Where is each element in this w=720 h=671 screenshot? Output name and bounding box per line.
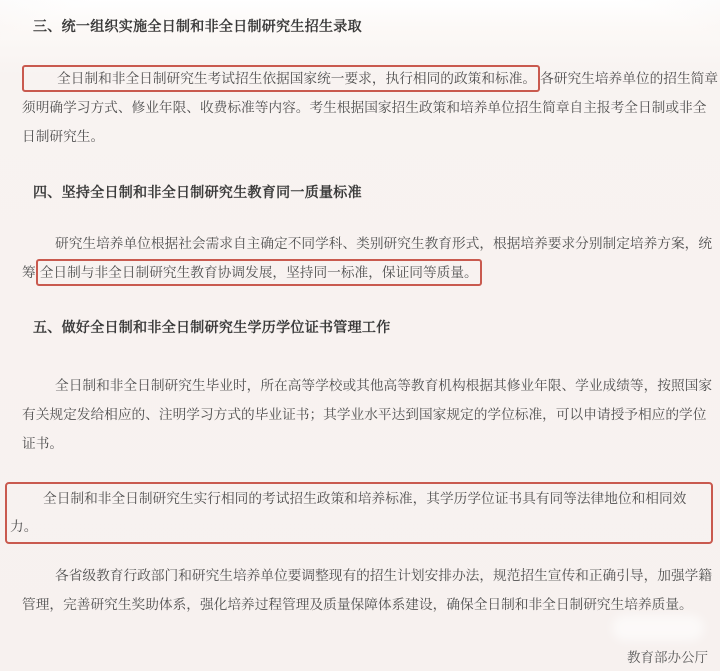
section-heading-4: 四、坚持全日制和非全日制研究生教育同一质量标准	[33, 182, 720, 202]
section-4-paragraph: 研究生培养单位根据社会需求自主确定不同学科、类别研究生教育形式，根据培养要求分别…	[22, 229, 720, 287]
document-page: 三、统一组织实施全日制和非全日制研究生招生录取 全日制和非全日制研究生考试招生依…	[0, 0, 720, 671]
watermark-smudge	[612, 615, 704, 641]
section-heading-5: 五、做好全日制和非全日制研究生学历学位证书管理工作	[33, 317, 720, 337]
section-5-paragraph: 全日制和非全日制研究生毕业时，所在高等学校或其他高等教育机构根据其修业年限、学业…	[22, 371, 720, 458]
document-content: 三、统一组织实施全日制和非全日制研究生招生录取 全日制和非全日制研究生考试招生依…	[0, 0, 720, 666]
closing-paragraph-text: 各省级教育行政部门和研究生培养单位要调整现有的招生计划安排办法，规范招生宣传和正…	[22, 568, 712, 612]
section-heading-3: 三、统一组织实施全日制和非全日制研究生招生录取	[33, 16, 720, 36]
highlight-box-3: 全日制和非全日制研究生实行相同的考试招生政策和培养标准，其学历学位证书具有同等法…	[5, 482, 713, 544]
highlight-box-3-text: 全日制和非全日制研究生实行相同的考试招生政策和培养标准，其学历学位证书具有同等法…	[10, 491, 686, 534]
section-3-paragraph: 全日制和非全日制研究生考试招生依据国家统一要求，执行相同的政策和标准。各研究生培…	[22, 64, 720, 151]
highlight-box-2: 全日制与非全日制研究生教育协调发展，坚持同一标准，保证同等质量。	[36, 259, 482, 286]
signature: 教育部办公厅	[22, 650, 720, 666]
highlight-box-1: 全日制和非全日制研究生考试招生依据国家统一要求，执行相同的政策和标准。	[22, 65, 540, 92]
closing-paragraph: 各省级教育行政部门和研究生培养单位要调整现有的招生计划安排办法，规范招生宣传和正…	[22, 561, 720, 619]
section-5-paragraph-text: 全日制和非全日制研究生毕业时，所在高等学校或其他高等教育机构根据其修业年限、学业…	[22, 378, 712, 451]
